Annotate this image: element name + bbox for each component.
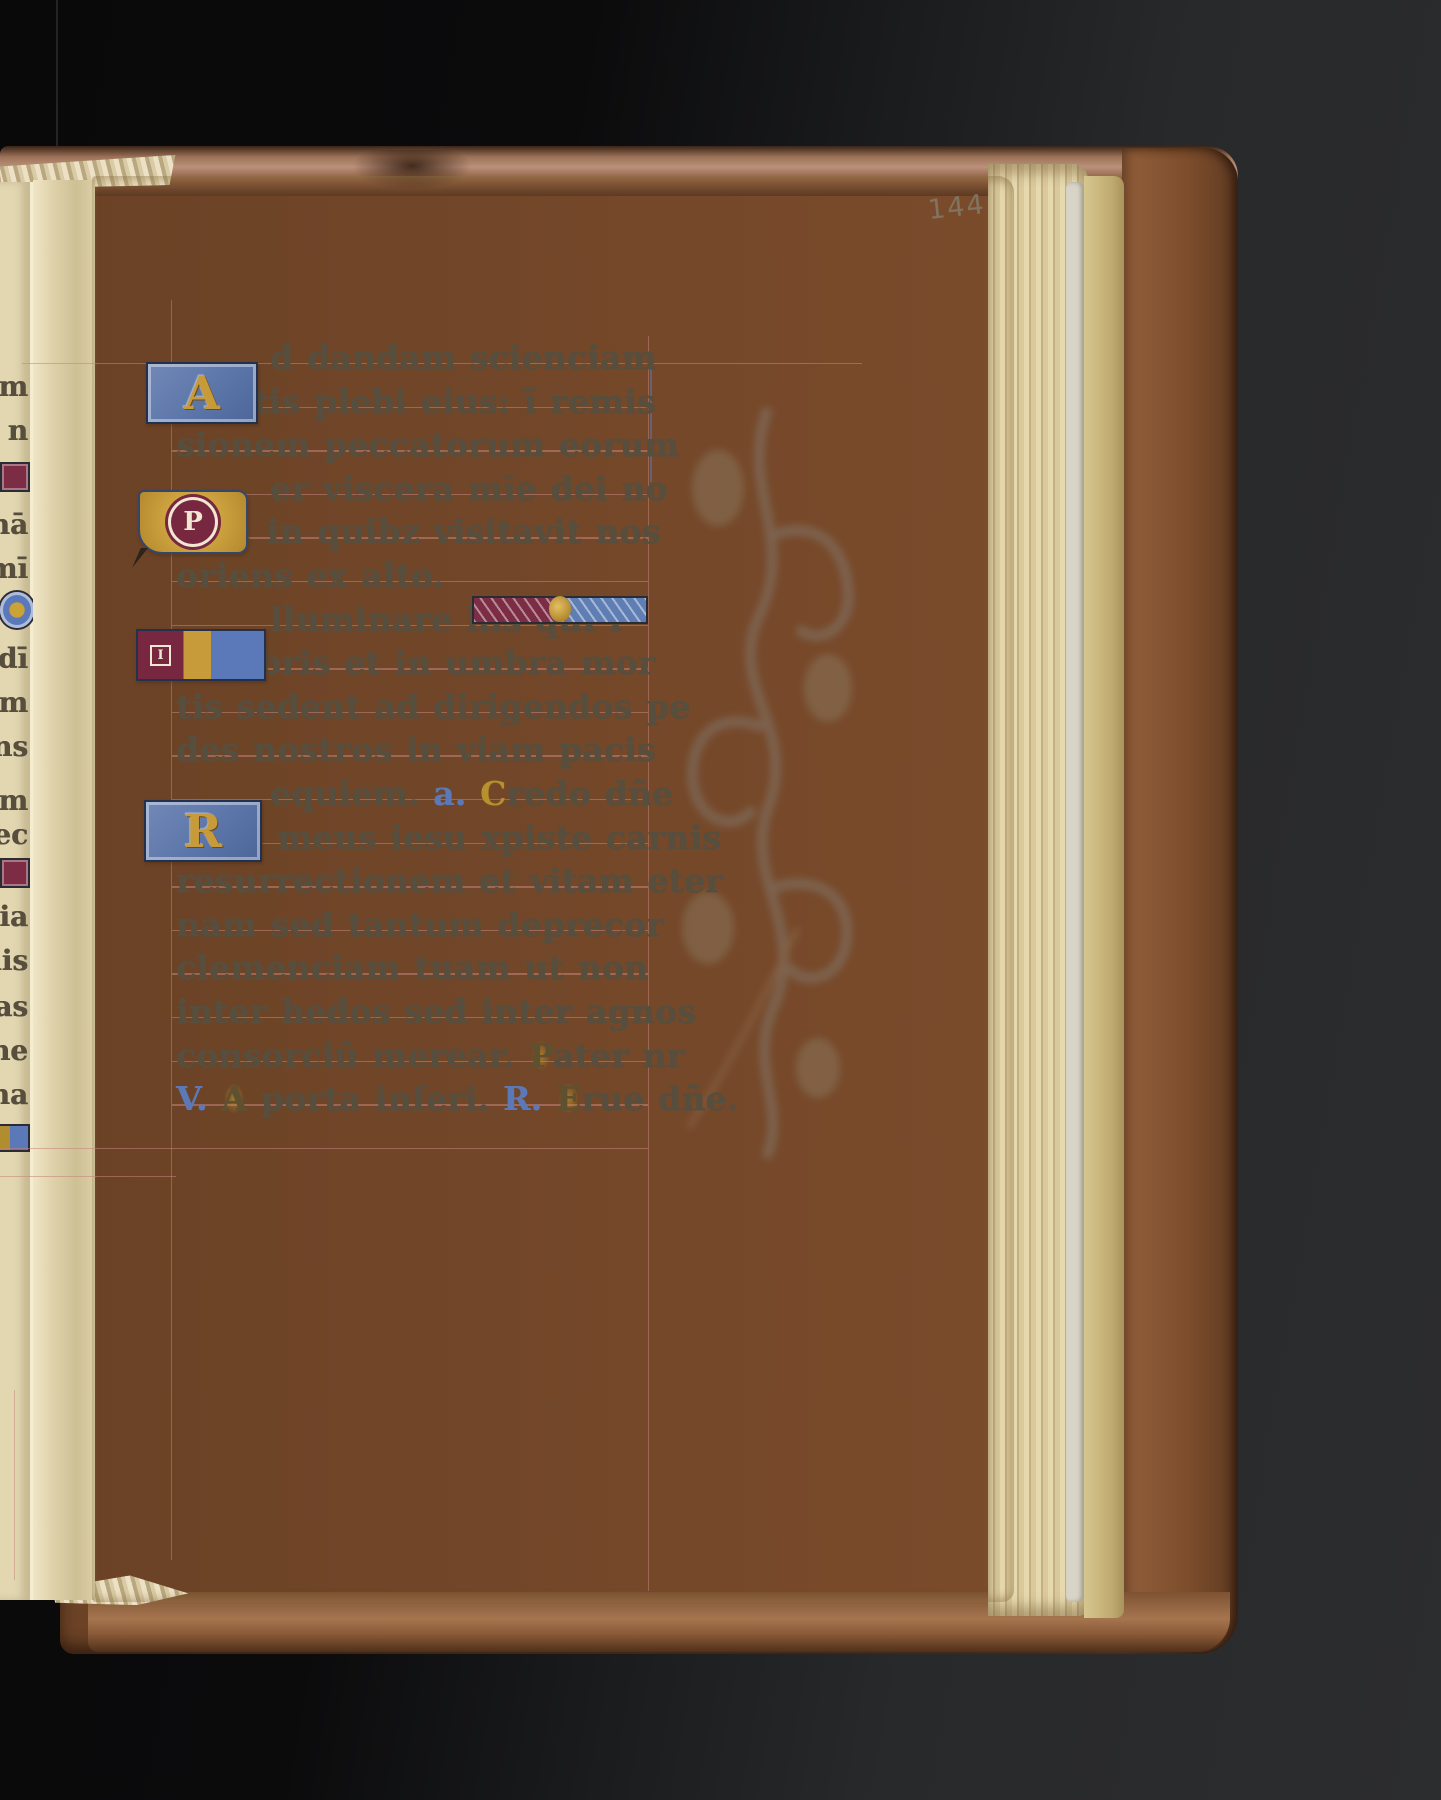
backdrop-seam [56,0,58,152]
text-line: resurrectionem et vitam eter [176,859,723,903]
text-segment: resurrectionem et vitam eter [176,861,723,900]
text-segment: E [556,1079,581,1118]
text-segment: stri: in quibz visitavit nos [176,512,660,551]
initial-letter: I [150,645,171,666]
text-line: nam sed tantum deprecor [176,903,664,947]
text-segment: consorciū merear. [176,1036,529,1075]
manuscript-page: 144 d dandam scienciamsalutis plebi eius… [92,176,1014,1602]
text-segment: er viscera mīe dei no [270,469,668,508]
text-segment: des nostros in viam pacis [176,730,656,769]
parchment-leaf-edge [1084,176,1124,1618]
illuminated-initial-R: R [144,800,262,862]
text-segment: C [480,774,506,813]
text-line: des nostros in viam pacis [176,728,656,772]
illuminated-initial-A: A [146,362,258,424]
facing-page-maroon-bar [0,858,30,888]
facing-page-text-fragment: mī [0,552,28,585]
facing-ruled-line [14,1390,15,1580]
text-line: sionem peccatorum eorum [176,423,679,467]
text-segment: clemenciam tuam ut non [176,948,648,987]
initial-letter: R [184,808,222,854]
page-number-pencil: 144 [927,189,987,226]
facing-page-text-fragment: n [8,414,28,447]
text-segment: rue dñe. [581,1079,738,1118]
text-line: inter hedos sed inter agnos [176,990,696,1034]
grey-leaf-edge [1066,182,1084,1602]
text-line: oriens ex alto. [176,554,444,598]
facing-page-text-fragment: as [0,990,28,1023]
facing-page-text-fragment: ns [0,730,28,763]
text-segment: A [221,1079,247,1118]
initial-letter: A [184,370,220,416]
text-segment: ater nr [553,1036,684,1075]
text-line: V. A porta inferi. R. Erue dñe. [176,1077,738,1121]
text-segment: V. [176,1079,221,1118]
text-segment: nam sed tantum deprecor [176,905,664,944]
gutter [33,180,95,1600]
illuminated-initial-P: P [138,490,248,554]
text-segment: R. [503,1079,556,1118]
facing-page-text-fragment: rec [0,818,28,851]
text-segment: redo dñe [507,774,674,813]
ruled-line [0,1148,648,1149]
text-line: clemenciam tuam ut non [176,946,648,990]
facing-page-text-fragment: dī [0,642,28,675]
facing-page-text-fragment: nā [0,508,28,541]
text-line: equiem. a. Credo dñe [270,772,673,816]
text-line: d dandam scienciam [270,336,657,380]
text-segment: d dandam scienciam [270,338,657,377]
text-segment: tis sedent ad dirigendos pe [176,687,690,726]
text-segment: oriens ex alto. [176,556,444,595]
facing-page-text-fragment: ne [0,1034,28,1067]
facing-page-text-fragment: ilia [0,900,28,933]
facing-page-text-fragment: gnis [0,944,28,977]
facing-page-sliver: mnnāmīdīemnsamreciliagnisasnema [0,182,33,1600]
ruled-line [0,1176,176,1177]
text-segment: P [529,1036,553,1075]
text-line: er viscera mīe dei no [270,467,668,511]
facing-page-text-fragment: ma [0,1078,28,1111]
facing-page-maroon-bar [0,462,30,492]
leather-right-cover [1122,148,1238,1652]
text-line: tis sedent ad dirigendos pe [176,685,690,729]
line-filler-bar [472,596,648,624]
facing-page-text-fragment: em [0,686,28,719]
text-segment: a. [433,774,480,813]
text-segment: equiem. [270,774,433,813]
text-segment: porta inferi. [247,1079,503,1118]
text-line: consorciū merear. Pater nr [176,1034,684,1078]
text-segment: inter hedos sed inter agnos [176,992,696,1031]
facing-page-text-fragment: m [0,370,28,403]
photo-of-manuscript: mnnāmīdīemnsamreciliagnisasnema 144 d da… [0,0,1441,1800]
illuminated-initial-I: I [136,629,266,681]
facing-page-blue-roundel [0,592,34,628]
ruled-line-vertical [171,300,172,1560]
text-segment: sionem peccatorum eorum [176,425,679,464]
text-line: stri: in quibz visitavit nos [176,510,660,554]
facing-page-text-fragment: am [0,784,28,817]
initial-letter: P [171,500,215,544]
